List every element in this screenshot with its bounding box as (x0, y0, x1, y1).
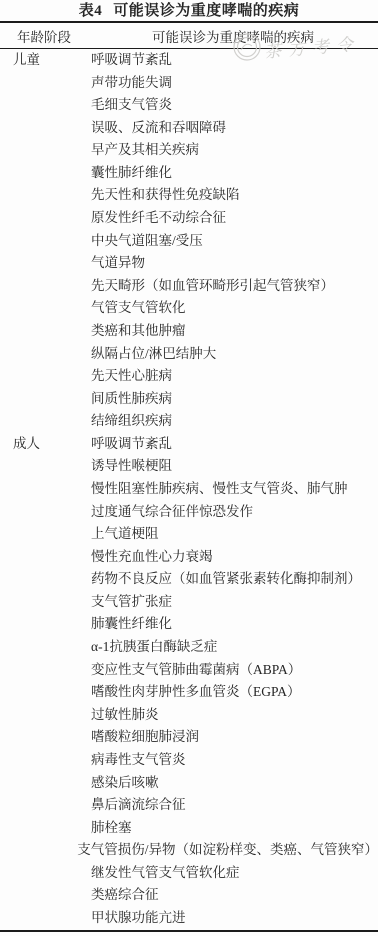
age-cell (0, 388, 91, 411)
disease-cell: 支气管扩张症 (91, 591, 378, 614)
table-row: 过敏性肺炎 (0, 704, 378, 727)
disease-cell: 先天畸形（如血管环畸形引起气管狭窄） (91, 275, 378, 298)
table-body: 儿童呼吸调节紊乱声带功能失调毛细支气管炎误吸、反流和吞咽障碍早产及其相关疾病囊性… (0, 49, 378, 930)
table-row: 上气道梗阻 (0, 523, 378, 546)
age-cell (0, 297, 91, 320)
table-row: 结缔组织疾病 (0, 410, 378, 433)
table-row: 慢性充血性心力衰竭 (0, 546, 378, 569)
disease-cell: 慢性阻塞性肺疾病、慢性支气管炎、肺气肿 (91, 478, 378, 501)
table-row: 误吸、反流和吞咽障碍 (0, 117, 378, 140)
table-row: 成人呼吸调节紊乱 (0, 433, 378, 456)
header-disease: 可能误诊为重度哮喘的疾病 (88, 26, 378, 46)
age-cell (0, 907, 91, 930)
age-cell (0, 343, 91, 366)
table-row: 类癌综合征 (0, 884, 378, 907)
age-cell (0, 591, 91, 614)
disease-cell: 间质性肺疾病 (91, 388, 378, 411)
age-cell (0, 546, 91, 569)
disease-cell: 声带功能失调 (91, 72, 378, 95)
age-cell (0, 659, 91, 682)
disease-cell: 误吸、反流和吞咽障碍 (91, 117, 378, 140)
table-row: 囊性肺纤维化 (0, 162, 378, 185)
disease-cell: 类癌综合征 (91, 884, 378, 907)
table-row: 嗜酸性肉芽肿性多血管炎（EGPA） (0, 681, 378, 704)
age-cell (0, 252, 91, 275)
age-cell (0, 568, 91, 591)
age-cell (0, 839, 77, 862)
age-cell (0, 478, 91, 501)
disease-cell: 甲状腺功能亢进 (91, 907, 378, 930)
age-cell (0, 523, 91, 546)
age-cell: 成人 (0, 433, 91, 456)
disease-cell: 囊性肺纤维化 (91, 162, 378, 185)
disease-cell: 诱导性喉梗阻 (91, 455, 378, 478)
age-cell (0, 365, 91, 388)
age-cell (0, 794, 91, 817)
disease-cell: 类癌和其他肿瘤 (91, 320, 378, 343)
disease-cell: 继发性气管支气管软化症 (91, 862, 378, 885)
misdiagnosis-table: 年龄阶段 可能误诊为重度哮喘的疾病 儿童呼吸调节紊乱声带功能失调毛细支气管炎误吸… (0, 21, 378, 932)
age-cell (0, 501, 91, 524)
table-row: 慢性阻塞性肺疾病、慢性支气管炎、肺气肿 (0, 478, 378, 501)
disease-cell: 毛细支气管炎 (91, 94, 378, 117)
age-cell (0, 772, 91, 795)
age-cell (0, 749, 91, 772)
age-cell (0, 681, 91, 704)
age-cell (0, 636, 91, 659)
table-row: 嗜酸粒细胞肺浸润 (0, 726, 378, 749)
table-row: 继发性气管支气管软化症 (0, 862, 378, 885)
disease-cell: 过度通气综合征伴惊恐发作 (91, 501, 378, 524)
age-cell (0, 862, 91, 885)
disease-cell: 先天性心脏病 (91, 365, 378, 388)
table-row: 诱导性喉梗阻 (0, 455, 378, 478)
age-cell (0, 455, 91, 478)
disease-cell: 嗜酸性肉芽肿性多血管炎（EGPA） (91, 681, 378, 704)
disease-cell: 纵隔占位/淋巴结肿大 (91, 343, 378, 366)
age-cell (0, 72, 91, 95)
disease-cell: α-1抗胰蛋白酶缺乏症 (91, 636, 378, 659)
table-row: 类癌和其他肿瘤 (0, 320, 378, 343)
table-row: 毛细支气管炎 (0, 94, 378, 117)
table-row: 肺囊性纤维化 (0, 613, 378, 636)
table-row: 感染后咳嗽 (0, 772, 378, 795)
table-header-row: 年龄阶段 可能误诊为重度哮喘的疾病 (0, 23, 378, 49)
table-row: 早产及其相关疾病 (0, 139, 378, 162)
age-cell (0, 817, 91, 840)
table-row: 纵隔占位/淋巴结肿大 (0, 343, 378, 366)
disease-cell: 早产及其相关疾病 (91, 139, 378, 162)
table-row: 原发性纤毛不动综合征 (0, 207, 378, 230)
age-cell (0, 184, 91, 207)
age-cell (0, 162, 91, 185)
disease-cell: 鼻后滴流综合征 (91, 794, 378, 817)
header-age-stage: 年龄阶段 (0, 26, 88, 46)
table-row: 药物不良反应（如血管紧张素转化酶抑制剂） (0, 568, 378, 591)
table-row: 甲状腺功能亢进 (0, 907, 378, 930)
disease-cell: 原发性纤毛不动综合征 (91, 207, 378, 230)
table-row: 中央气道阻塞/受压 (0, 230, 378, 253)
disease-cell: 病毒性支气管炎 (91, 749, 378, 772)
disease-cell: 结缔组织疾病 (91, 410, 378, 433)
disease-cell: 先天性和获得性免疫缺陷 (91, 184, 378, 207)
table-row: 先天性心脏病 (0, 365, 378, 388)
table-row: 儿童呼吸调节紊乱 (0, 49, 378, 72)
age-cell (0, 704, 91, 727)
disease-cell: 感染后咳嗽 (91, 772, 378, 795)
table-row: 病毒性支气管炎 (0, 749, 378, 772)
table-row: 过度通气综合征伴惊恐发作 (0, 501, 378, 524)
disease-cell: 中央气道阻塞/受压 (91, 230, 378, 253)
age-cell (0, 884, 91, 907)
table-row: 气道异物 (0, 252, 378, 275)
disease-cell: 慢性充血性心力衰竭 (91, 546, 378, 569)
disease-cell: 呼吸调节紊乱 (91, 433, 378, 456)
age-cell: 儿童 (0, 49, 91, 72)
disease-cell: 气道异物 (91, 252, 378, 275)
table-title: 表4可能误诊为重度哮喘的疾病 (0, 1, 378, 21)
table-number: 表4 (79, 3, 103, 19)
age-cell (0, 726, 91, 749)
age-cell (0, 207, 91, 230)
disease-cell: 肺囊性纤维化 (91, 613, 378, 636)
table-row: 支气管扩张症 (0, 591, 378, 614)
page: { "page": { "background": "#fdfdfd", "te… (0, 0, 378, 936)
age-cell (0, 320, 91, 343)
disease-cell: 肺栓塞 (91, 817, 378, 840)
age-cell (0, 139, 91, 162)
table-row: α-1抗胰蛋白酶缺乏症 (0, 636, 378, 659)
disease-cell: 嗜酸粒细胞肺浸润 (91, 726, 378, 749)
table-row: 气管支气管软化 (0, 297, 378, 320)
disease-cell: 呼吸调节紊乱 (91, 49, 378, 72)
age-cell (0, 230, 91, 253)
disease-cell: 过敏性肺炎 (91, 704, 378, 727)
table-title-text: 可能误诊为重度哮喘的疾病 (113, 3, 299, 19)
table-row: 先天畸形（如血管环畸形引起气管狭窄） (0, 275, 378, 298)
disease-cell: 上气道梗阻 (91, 523, 378, 546)
table-row: 声带功能失调 (0, 72, 378, 95)
age-cell (0, 613, 91, 636)
age-cell (0, 275, 91, 298)
age-cell (0, 117, 91, 140)
table-row: 间质性肺疾病 (0, 388, 378, 411)
table-row: 变应性支气管肺曲霉菌病（ABPA） (0, 659, 378, 682)
disease-cell: 变应性支气管肺曲霉菌病（ABPA） (91, 659, 378, 682)
table-row: 鼻后滴流综合征 (0, 794, 378, 817)
table-row: 支气管损伤/异物（如淀粉样变、类癌、气管狭窄） (0, 839, 378, 862)
age-cell (0, 94, 91, 117)
age-cell (0, 410, 91, 433)
disease-cell: 支气管损伤/异物（如淀粉样变、类癌、气管狭窄） (77, 839, 378, 862)
disease-cell: 气管支气管软化 (91, 297, 378, 320)
disease-cell: 药物不良反应（如血管紧张素转化酶抑制剂） (91, 568, 378, 591)
table-row: 先天性和获得性免疫缺陷 (0, 184, 378, 207)
table-row: 肺栓塞 (0, 817, 378, 840)
